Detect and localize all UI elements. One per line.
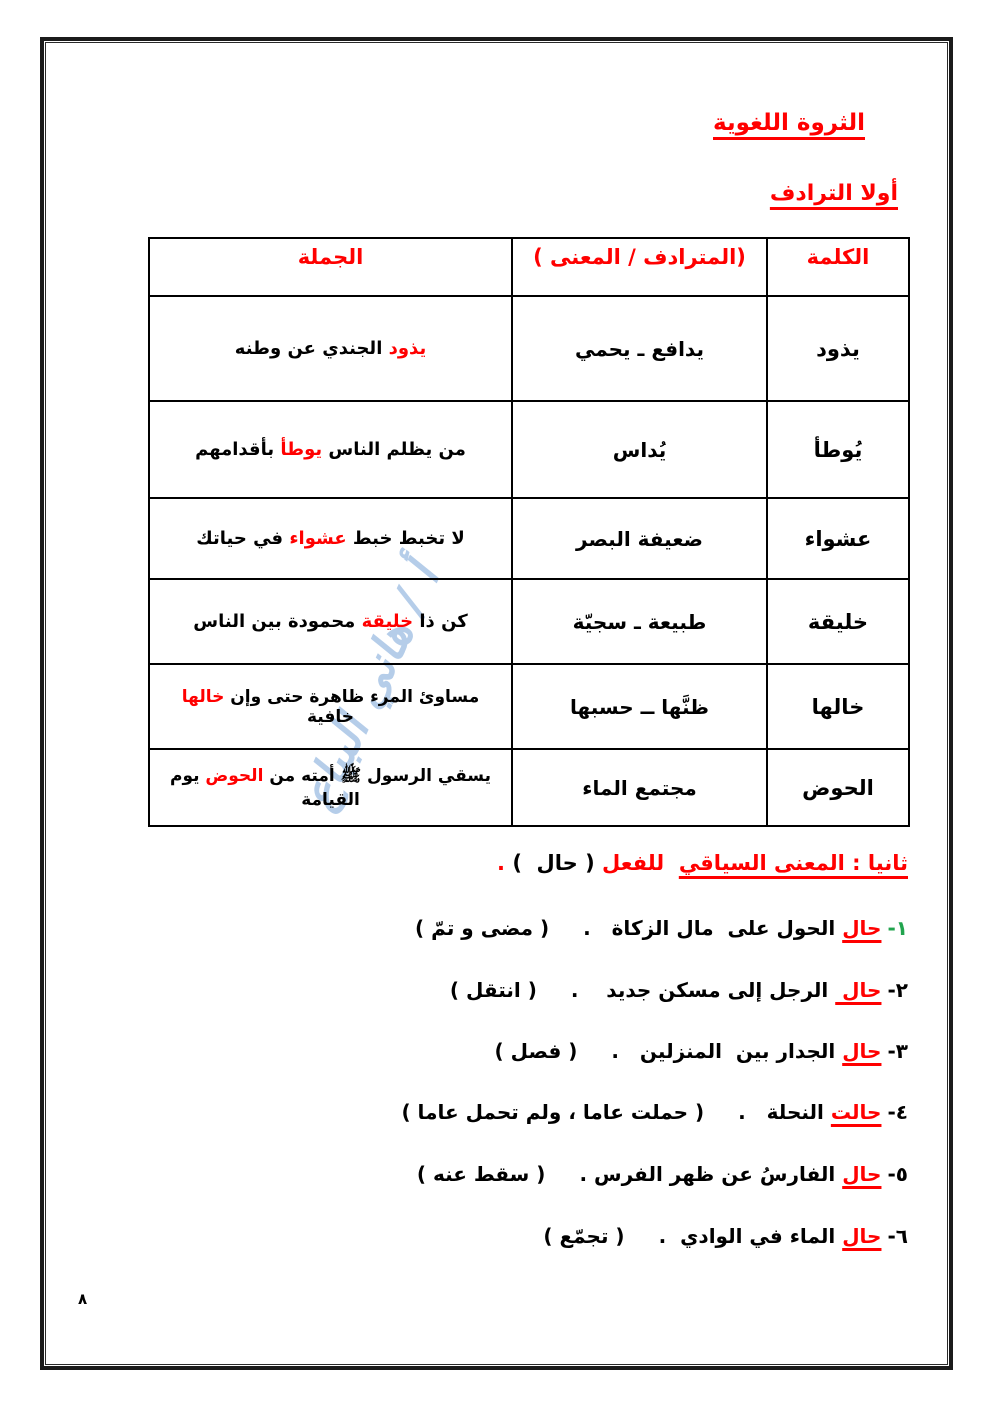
sentence-after: خافية (307, 707, 354, 727)
header-sentence: الجملة (149, 238, 512, 296)
table-row: عشواء ضعيفة البصر لا تخبط خبط عشواء في ح… (149, 498, 909, 579)
context-item-4: ٤-حالت النحلة .( حملت عاما ، ولم تحمل عا… (401, 1100, 908, 1124)
context-item-2: ٢-حال الرجل إلى مسكن جديد .( انتقل ) (450, 978, 908, 1002)
item-number: ٢- (887, 978, 908, 1002)
sentence-highlight: عشواء (289, 528, 346, 549)
item-answer: ( تجمّع ) (543, 1224, 624, 1248)
word-cell: الحوض (767, 749, 909, 826)
item-text: الرجل إلى مسكن جديد . (571, 978, 835, 1002)
item-number: ٥- (887, 1162, 908, 1186)
item-verb: حال (842, 1162, 881, 1186)
sentence-highlight: يوطأ (280, 439, 322, 460)
item-answer: ( سقط عنه ) (417, 1162, 546, 1186)
item-number: ٦- (887, 1224, 908, 1248)
item-verb: حال (842, 1039, 881, 1063)
context-item-5: ٥-حال الفارسُ عن ظهر الفرس .( سقط عنه ) (417, 1162, 908, 1186)
section1-title: أولا الترادف (770, 181, 898, 206)
item-text: الماء في الوادي . (659, 1224, 843, 1248)
table-header-row: الكلمة (المترادف / المعنى ) الجملة (149, 238, 909, 296)
meaning-cell: مجتمع الماء (512, 749, 767, 826)
section2-title-verb-paren: ( حال ) (512, 851, 594, 875)
sentence-before: لا تخبط خبط (347, 528, 465, 549)
item-text: الجدار بين المنزلين . (611, 1039, 842, 1063)
sentence-before: من يظلم الناس (322, 439, 466, 460)
item-text: الفارسُ عن ظهر الفرس . (579, 1162, 842, 1186)
section2-title: ثانيا : المعنى السياقي للفعل ( حال ) . (497, 851, 908, 875)
word-cell: يذود (767, 296, 909, 401)
item-answer: ( فصل ) (495, 1039, 578, 1063)
sentence-highlight: خليقة (362, 611, 414, 632)
sentence-after: الجندي عن وطنه (235, 338, 389, 359)
sentence-highlight: خالها (182, 687, 225, 707)
word-cell: يُوطأ (767, 401, 909, 498)
sentence-highlight: يذود (389, 338, 427, 359)
context-item-3: ٣-حال الجدار بين المنزلين .( فصل ) (495, 1039, 908, 1063)
item-verb: حال (842, 916, 881, 940)
meaning-cell: طبيعة ـ سجيّة (512, 579, 767, 664)
synonyms-table: الكلمة (المترادف / المعنى ) الجملة يذود … (148, 237, 910, 827)
table-row: يذود يدافع ـ يحمي يذود الجندي عن وطنه (149, 296, 909, 401)
item-number: ٤- (887, 1100, 908, 1124)
item-answer: ( حملت عاما ، ولم تحمل عاما ) (401, 1100, 704, 1124)
sentence-after: محمودة بين الناس (193, 611, 361, 632)
word-cell: خالها (767, 664, 909, 749)
item-number: ١- (887, 916, 908, 940)
meaning-cell: يدافع ـ يحمي (512, 296, 767, 401)
page-title: الثروة اللغوية (713, 110, 865, 136)
meaning-cell: يُداس (512, 401, 767, 498)
sentence-before: يسقي الرسول ﷺ أمته من (263, 766, 491, 786)
meaning-cell: ظنَّها ــ حسبها (512, 664, 767, 749)
word-cell: خليقة (767, 579, 909, 664)
table-row: الحوض مجتمع الماء يسقي الرسول ﷺ أمته من … (149, 749, 909, 826)
sentence-cell: مساوئ المرء ظاهرة حتى وإن خالها خافية (149, 664, 512, 749)
item-answer: ( انتقل ) (450, 978, 537, 1002)
header-word: الكلمة (767, 238, 909, 296)
context-item-1: ١-حال الحول على مال الزكاة .( مضى و تمّ … (415, 916, 908, 940)
meaning-cell: ضعيفة البصر (512, 498, 767, 579)
table-row: خليقة طبيعة ـ سجيّة كن ذا خليقة محمودة ب… (149, 579, 909, 664)
sentence-before: مساوئ المرء ظاهرة حتى وإن (224, 687, 479, 707)
section2-title-dot: . (497, 851, 512, 875)
sentence-cell: كن ذا خليقة محمودة بين الناس (149, 579, 512, 664)
item-answer: ( مضى و تمّ ) (415, 916, 549, 940)
worksheet-page: { "titles": { "main": "الثروة اللغوية", … (0, 0, 993, 1404)
item-text: الحول على مال الزكاة . (583, 916, 842, 940)
sentence-cell: يذود الجندي عن وطنه (149, 296, 512, 401)
section2-title-underlined: ثانيا : المعنى السياقي (679, 851, 908, 875)
item-verb: حال (835, 978, 881, 1002)
sentence-after: بأقدامهم (195, 439, 280, 460)
item-number: ٣- (887, 1039, 908, 1063)
table-row: يُوطأ يُداس من يظلم الناس يوطأ بأقدامهم (149, 401, 909, 498)
word-cell: عشواء (767, 498, 909, 579)
sentence-cell: يسقي الرسول ﷺ أمته من الحوض يوم القيامة (149, 749, 512, 826)
item-text: النحلة . (738, 1100, 831, 1124)
sentence-after: في حياتك (196, 528, 289, 549)
sentence-before: كن ذا (413, 611, 468, 632)
sentence-highlight: الحوض (205, 766, 263, 786)
item-verb: حال (842, 1224, 881, 1248)
page-number: ٨ (78, 1290, 87, 1308)
item-verb: حالت (831, 1100, 882, 1124)
section2-title-red: للفعل (595, 851, 679, 875)
sentence-cell: لا تخبط خبط عشواء في حياتك (149, 498, 512, 579)
sentence-cell: من يظلم الناس يوطأ بأقدامهم (149, 401, 512, 498)
header-meaning: (المترادف / المعنى ) (512, 238, 767, 296)
table-row: خالها ظنَّها ــ حسبها مساوئ المرء ظاهرة … (149, 664, 909, 749)
context-item-6: ٦-حال الماء في الوادي .( تجمّع ) (543, 1224, 908, 1248)
